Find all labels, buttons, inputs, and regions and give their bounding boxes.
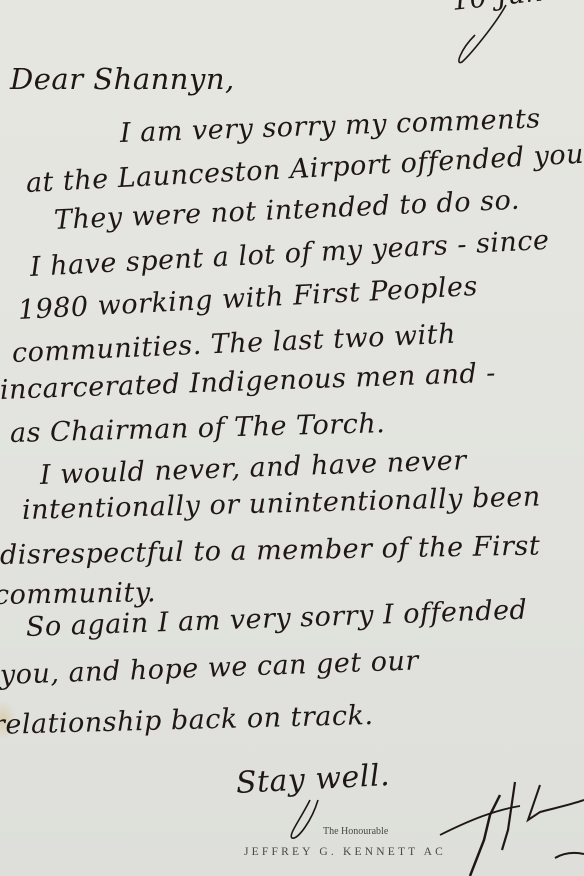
body-line: you, and hope we can get our (0, 645, 419, 691)
body-line: relationship back on track. (0, 700, 374, 741)
closing: Stay well. (235, 758, 391, 801)
body-line: as Chairman of The Torch. (10, 408, 386, 449)
body-line: disrespectful to a member of the First (0, 531, 540, 571)
body-line: I am very sorry my comments (119, 103, 541, 149)
salutation: Dear Shannyn, (10, 62, 235, 96)
body-line: community. (0, 577, 156, 611)
letter-date: 10 Jun (450, 0, 544, 17)
letterhead-title: The Honourable (323, 826, 388, 837)
letter-photo: 10 Jun Dear Shannyn, I am very sorry my … (0, 0, 584, 876)
letterhead-name: JEFFREY G. KENNETT AC (244, 846, 446, 858)
